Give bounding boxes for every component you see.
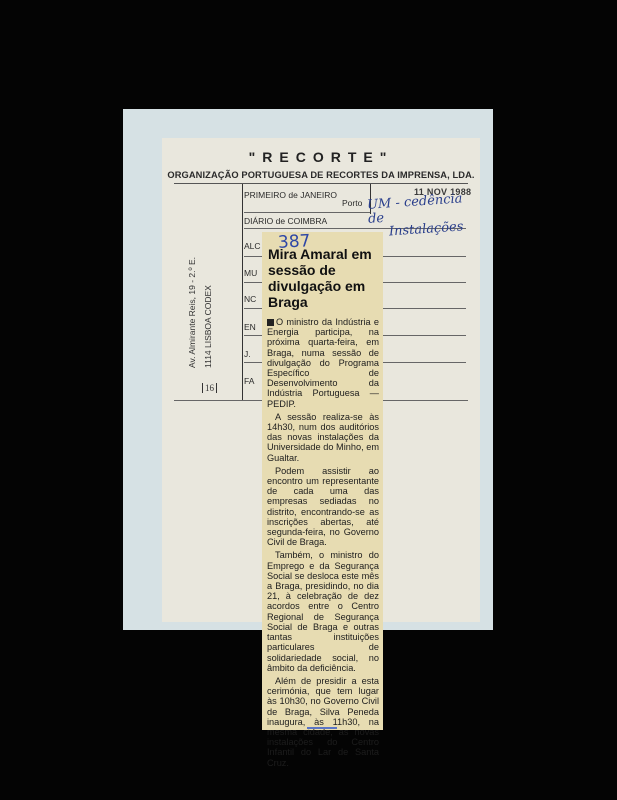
form-title: "RECORTE" [162,149,480,165]
publication-rule [244,212,370,213]
paragraph-text: O ministro da Indústria e Energia partic… [267,317,379,409]
blue-ink-mark [307,727,337,729]
address-block: Av. Almirante Reis, 19 - 2.º E. 1114 LIS… [184,257,216,368]
handwritten-note: UM - cedência de Instalações [367,191,482,241]
publication-primeiro-de-janeiro: PRIMEIRO de JANEIRO [244,190,337,200]
publication-nc: NC [244,294,256,304]
paragraph: O ministro da Indústria e Energia partic… [267,317,379,409]
paragraph: Além de presidir a esta cerimónia, que t… [267,676,379,768]
publication-en: EN [244,322,256,332]
publication-alc: ALC [244,241,261,251]
publication-city: Porto [342,198,362,208]
address-line-1: Av. Almirante Reis, 19 - 2.º E. [184,257,200,368]
headline: Mira Amaral em sessão de divulgação em B… [268,246,383,310]
publication-fa: FA [244,376,254,386]
square-bullet-icon [267,319,274,326]
article-body: O ministro da Indústria e Energia partic… [267,317,379,771]
newspaper-clipping: 387 Mira Amaral em sessão de divulgação … [262,232,383,730]
paragraph: A sessão realiza-se às 14h30, num dos au… [267,412,379,463]
publication-mu: MU [244,268,257,278]
publication-diario-de-coimbra: DIÁRIO de COIMBRA [244,216,327,226]
column-divider [242,184,243,400]
page-number: 16 [202,383,217,393]
header-rule [174,183,468,184]
form-subtitle: ORGANIZAÇÃO PORTUGUESA DE RECORTES DA IM… [162,170,480,180]
paragraph: Também, o ministro do Emprego e da Segur… [267,550,379,672]
publication-j: J. [244,349,251,359]
address-line-2: 1114 LISBOA CODEX [200,257,216,368]
paragraph: Podem assistir ao encontro um representa… [267,466,379,548]
